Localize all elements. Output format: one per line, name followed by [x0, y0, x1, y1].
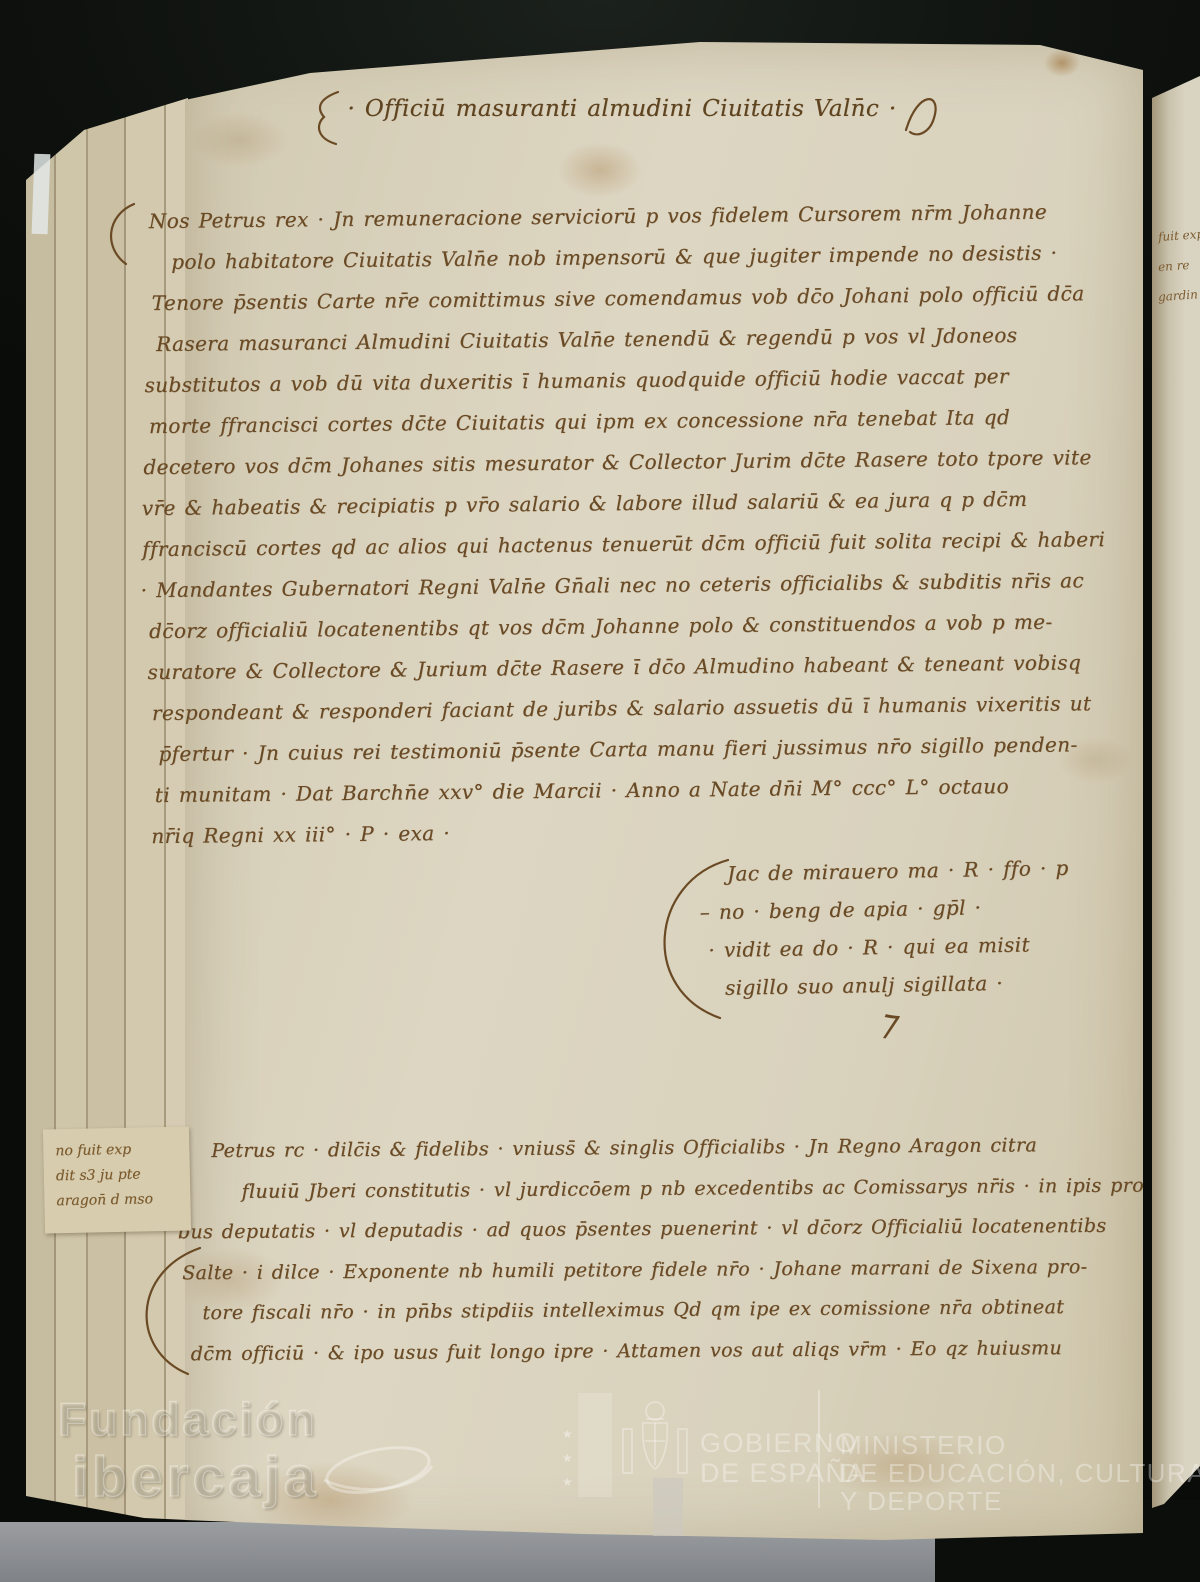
archival-tag	[32, 154, 51, 235]
heading-tail-flourish-icon	[900, 84, 950, 144]
photograph-stage: fuit exp en re gardin · Officiū masurant…	[0, 0, 1200, 1582]
text-line: Petrus rc · dilc̄is & fidelibs · vniuss̄…	[149, 1125, 1149, 1172]
text-line: tore fiscali nr̄o · in pn̄bs stipdiis in…	[150, 1287, 1150, 1334]
text-line: bus deputatis · vl deputadis · ad quos p…	[150, 1206, 1150, 1253]
facing-page-sliver: fuit exp en re gardin	[1152, 66, 1200, 1518]
ibercaja-logo-swoosh-icon	[318, 1422, 438, 1512]
star-icon: ★	[562, 1451, 573, 1465]
main-text-block: Nos Petrus rex · Jn remuneracione servic…	[137, 191, 1134, 857]
star-icon: ★	[562, 1475, 573, 1489]
facing-page-text: fuit exp	[1158, 226, 1200, 244]
margin-note-slip: no fuit exp dit s3 ju pte aragon̄ d mso	[43, 1126, 191, 1233]
facing-page-text: en re	[1158, 256, 1200, 274]
ministerio-watermark-line3: Y DEPORTE	[840, 1486, 1003, 1517]
gobierno-watermark-line1: GOBIERNO	[700, 1428, 858, 1459]
facing-page-text: gardin	[1158, 286, 1200, 304]
margin-note-line: no fuit exp	[55, 1136, 189, 1164]
spain-coat-of-arms-icon	[615, 1395, 695, 1507]
text-line: dc̄m officiū · & ipo usus fuit longo ipr…	[151, 1327, 1151, 1374]
text-line: sigillo suo anulj sigillata ·	[701, 963, 1071, 1007]
ministerio-watermark-line1: MINISTERIO	[840, 1430, 1007, 1461]
margin-note-line: dit s3 ju pte	[56, 1161, 190, 1189]
ibercaja-watermark-line2: ibercaja	[72, 1444, 319, 1510]
margin-note-line: aragon̄ d mso	[56, 1186, 190, 1214]
text-line: · vidit ea do · R · qui ea misit	[700, 925, 1070, 969]
text-line: Salte · i dilce · Exponente nb humili pe…	[150, 1246, 1150, 1293]
notarial-subscription: Jac de mirauero ma · R · ffo · p – no · …	[699, 849, 1071, 1007]
text-line: fluuiū Jberi constitutis · vl jurdiccōem…	[149, 1165, 1149, 1212]
page-title: · Officiū masuranti almudini Ciuitatis V…	[322, 96, 922, 122]
initial-bracket-flourish-icon	[100, 200, 140, 270]
ministerio-watermark-line2: DE EDUCACIÓN, CULTURA	[840, 1458, 1200, 1489]
watermark-divider	[818, 1390, 820, 1508]
ibercaja-watermark-line1: Fundación	[58, 1392, 318, 1446]
flag-band-icon: ★ ★ ★	[578, 1393, 612, 1497]
bottom-text-block: Petrus rc · dilc̄is & fidelibs · vniuss̄…	[149, 1125, 1151, 1375]
text-line: Jac de mirauero ma · R · ffo · p	[699, 849, 1069, 893]
text-line: – no · beng de apia · gp̄l ·	[699, 887, 1069, 931]
star-icon: ★	[562, 1427, 573, 1441]
